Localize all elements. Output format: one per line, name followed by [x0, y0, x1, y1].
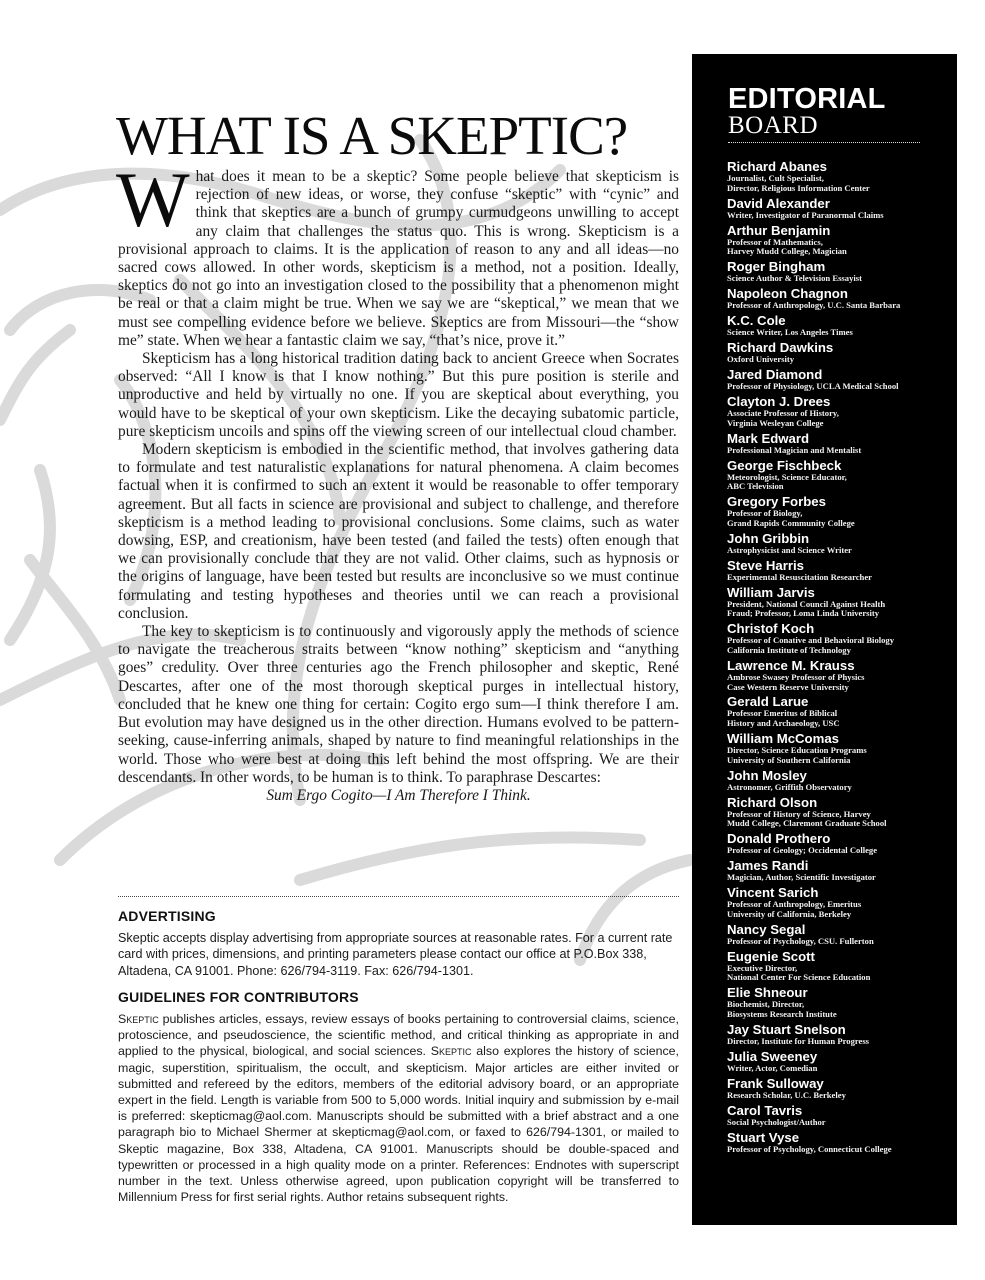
board-member-name: Donald Prothero — [727, 832, 952, 846]
editorial-board-header: EDITORIAL BOARD — [728, 84, 924, 143]
board-member: David AlexanderWriter, Investigator of P… — [727, 197, 952, 221]
editorial-board-subtitle: BOARD — [728, 114, 924, 138]
board-member: Donald ProtheroProfessor of Geology; Occ… — [727, 832, 952, 856]
board-member-role: Professor of Physiology, UCLA Medical Sc… — [727, 382, 952, 392]
board-member-name: Roger Bingham — [727, 260, 952, 274]
board-member: Clayton J. DreesAssociate Professor of H… — [727, 395, 952, 428]
board-member-name: John Gribbin — [727, 532, 952, 546]
article-title: WHAT IS A SKEPTIC? — [116, 108, 679, 164]
article-paragraph: Skepticism has a long historical traditi… — [118, 350, 679, 441]
board-member-role: Executive Director, National Center For … — [727, 964, 952, 983]
board-member: Lawrence M. KraussAmbrose Swasey Profess… — [727, 659, 952, 692]
board-member-name: Richard Dawkins — [727, 341, 952, 355]
board-member-role: Professor of Psychology, Connecticut Col… — [727, 1145, 952, 1155]
board-member: Eugenie ScottExecutive Director, Nationa… — [727, 950, 952, 983]
board-member-role: Professor of Anthropology, Emeritus Univ… — [727, 900, 952, 919]
board-member-name: George Fischbeck — [727, 459, 952, 473]
dotted-rule — [728, 142, 920, 143]
board-member-role: Science Author & Television Essayist — [727, 274, 952, 284]
board-member-role: Science Writer, Los Angeles Times — [727, 328, 952, 338]
board-member-role: Astrophysicist and Science Writer — [727, 546, 952, 556]
board-member-name: Frank Sulloway — [727, 1077, 952, 1091]
board-member-name: Eugenie Scott — [727, 950, 952, 964]
board-member-role: Director, Science Education Programs Uni… — [727, 746, 952, 765]
board-member: Gregory ForbesProfessor of Biology, Gran… — [727, 495, 952, 528]
board-member: Napoleon ChagnonProfessor of Anthropolog… — [727, 287, 952, 311]
guidelines-section: GUIDELINES FOR CONTRIBUTORS Skeptic publ… — [118, 989, 679, 1205]
guidelines-heading: GUIDELINES FOR CONTRIBUTORS — [118, 989, 679, 1005]
board-member-name: Nancy Segal — [727, 923, 952, 937]
board-member-role: Professor of Conative and Behavioral Bio… — [727, 636, 952, 655]
board-member: Elie ShneourBiochemist, Director, Biosys… — [727, 986, 952, 1019]
board-member-name: Gregory Forbes — [727, 495, 952, 509]
board-member: James RandiMagician, Author, Scientific … — [727, 859, 952, 883]
board-member-role: Professor of History of Science, Harvey … — [727, 810, 952, 829]
board-member-name: Clayton J. Drees — [727, 395, 952, 409]
board-member-role: Journalist, Cult Specialist, Director, R… — [727, 174, 952, 193]
board-member-name: Carol Tavris — [727, 1104, 952, 1118]
board-member-role: Biochemist, Director, Biosystems Researc… — [727, 1000, 952, 1019]
board-member-name: Jay Stuart Snelson — [727, 1023, 952, 1037]
board-member-name: Julia Sweeney — [727, 1050, 952, 1064]
board-member-list: Richard AbanesJournalist, Cult Specialis… — [727, 160, 952, 1158]
board-member: Richard OlsonProfessor of History of Sci… — [727, 796, 952, 829]
board-member-role: Associate Professor of History, Virginia… — [727, 409, 952, 428]
board-member-name: Jared Diamond — [727, 368, 952, 382]
board-member-role: Oxford University — [727, 355, 952, 365]
board-member-name: Stuart Vyse — [727, 1131, 952, 1145]
board-member-name: Elie Shneour — [727, 986, 952, 1000]
board-member: Nancy SegalProfessor of Psychology, CSU.… — [727, 923, 952, 947]
board-member-role: Professor Emeritus of Biblical History a… — [727, 709, 952, 728]
board-member: William McComasDirector, Science Educati… — [727, 732, 952, 765]
board-member-role: Professor of Biology, Grand Rapids Commu… — [727, 509, 952, 528]
board-member-role: Professor of Geology; Occidental College — [727, 846, 952, 856]
board-member: William JarvisPresident, National Counci… — [727, 586, 952, 619]
board-member-role: Meteorologist, Science Educator, ABC Tel… — [727, 473, 952, 492]
board-member-name: Lawrence M. Krauss — [727, 659, 952, 673]
board-member-role: Director, Institute for Human Progress — [727, 1037, 952, 1047]
drop-cap: W — [116, 170, 190, 230]
board-member-name: John Mosley — [727, 769, 952, 783]
dotted-divider — [118, 896, 679, 897]
board-member: Stuart VyseProfessor of Psychology, Conn… — [727, 1131, 952, 1155]
board-member-role: Writer, Actor, Comedian — [727, 1064, 952, 1074]
board-member: Christof KochProfessor of Conative and B… — [727, 622, 952, 655]
board-member: Richard AbanesJournalist, Cult Specialis… — [727, 160, 952, 193]
article-body: What does it mean to be a skeptic? Some … — [118, 168, 679, 805]
board-member-role: Ambrose Swasey Professor of Physics Case… — [727, 673, 952, 692]
board-member: Arthur BenjaminProfessor of Mathematics,… — [727, 224, 952, 257]
editorial-board-panel: EDITORIAL BOARD Richard AbanesJournalist… — [692, 54, 957, 1225]
board-member-name: Steve Harris — [727, 559, 952, 573]
board-member-name: Arthur Benjamin — [727, 224, 952, 238]
board-member-role: President, National Council Against Heal… — [727, 600, 952, 619]
article-paragraph: What does it mean to be a skeptic? Some … — [118, 168, 679, 350]
board-member: Roger BinghamScience Author & Television… — [727, 260, 952, 284]
board-member: John MosleyAstronomer, Griffith Observat… — [727, 769, 952, 793]
advertising-text: Skeptic accepts display advertising from… — [118, 930, 679, 979]
advertising-section: ADVERTISING Skeptic accepts display adve… — [118, 908, 679, 979]
board-member: Gerald LarueProfessor Emeritus of Biblic… — [727, 695, 952, 728]
board-member: Mark EdwardProfessional Magician and Men… — [727, 432, 952, 456]
guidelines-text: Skeptic publishes articles, essays, revi… — [118, 1011, 679, 1205]
board-member: Jared DiamondProfessor of Physiology, UC… — [727, 368, 952, 392]
board-member-role: Writer, Investigator of Paranormal Claim… — [727, 211, 952, 221]
board-member-name: William Jarvis — [727, 586, 952, 600]
board-member: George FischbeckMeteorologist, Science E… — [727, 459, 952, 492]
board-member-name: Vincent Sarich — [727, 886, 952, 900]
board-member-role: Research Scholar, U.C. Berkeley — [727, 1091, 952, 1101]
board-member-role: Magician, Author, Scientific Investigato… — [727, 873, 952, 883]
board-member-name: Gerald Larue — [727, 695, 952, 709]
article-closing-quote: Sum Ergo Cogito—I Am Therefore I Think. — [118, 787, 679, 805]
board-member: Carol TavrisSocial Psychologist/Author — [727, 1104, 952, 1128]
board-member-name: William McComas — [727, 732, 952, 746]
editorial-board-title: EDITORIAL — [728, 84, 924, 114]
board-member: Richard DawkinsOxford University — [727, 341, 952, 365]
board-member-name: Napoleon Chagnon — [727, 287, 952, 301]
article: WHAT IS A SKEPTIC? What does it mean to … — [118, 108, 679, 805]
board-member: Frank SullowayResearch Scholar, U.C. Ber… — [727, 1077, 952, 1101]
article-paragraph: The key to skepticism is to continuously… — [118, 623, 679, 787]
board-member-name: Richard Abanes — [727, 160, 952, 174]
advertising-heading: ADVERTISING — [118, 908, 679, 924]
board-member-role: Professor of Mathematics, Harvey Mudd Co… — [727, 238, 952, 257]
board-member-role: Professor of Anthropology, U.C. Santa Ba… — [727, 301, 952, 311]
board-member-role: Astronomer, Griffith Observatory — [727, 783, 952, 793]
brand-name: Skeptic — [431, 1044, 472, 1058]
board-member: John GribbinAstrophysicist and Science W… — [727, 532, 952, 556]
board-member-name: David Alexander — [727, 197, 952, 211]
board-member: K.C. ColeScience Writer, Los Angeles Tim… — [727, 314, 952, 338]
board-member-name: Richard Olson — [727, 796, 952, 810]
board-member-role: Professor of Psychology, CSU. Fullerton — [727, 937, 952, 947]
board-member-name: Christof Koch — [727, 622, 952, 636]
board-member-role: Experimental Resuscitation Researcher — [727, 573, 952, 583]
board-member: Steve HarrisExperimental Resuscitation R… — [727, 559, 952, 583]
board-member: Vincent SarichProfessor of Anthropology,… — [727, 886, 952, 919]
brand-name: Skeptic — [118, 1012, 159, 1026]
article-paragraph: Modern skepticism is embodied in the sci… — [118, 441, 679, 623]
board-member: Julia SweeneyWriter, Actor, Comedian — [727, 1050, 952, 1074]
board-member-role: Social Psychologist/Author — [727, 1118, 952, 1128]
board-member-name: James Randi — [727, 859, 952, 873]
board-member-name: K.C. Cole — [727, 314, 952, 328]
board-member-name: Mark Edward — [727, 432, 952, 446]
board-member: Jay Stuart SnelsonDirector, Institute fo… — [727, 1023, 952, 1047]
board-member-role: Professional Magician and Mentalist — [727, 446, 952, 456]
